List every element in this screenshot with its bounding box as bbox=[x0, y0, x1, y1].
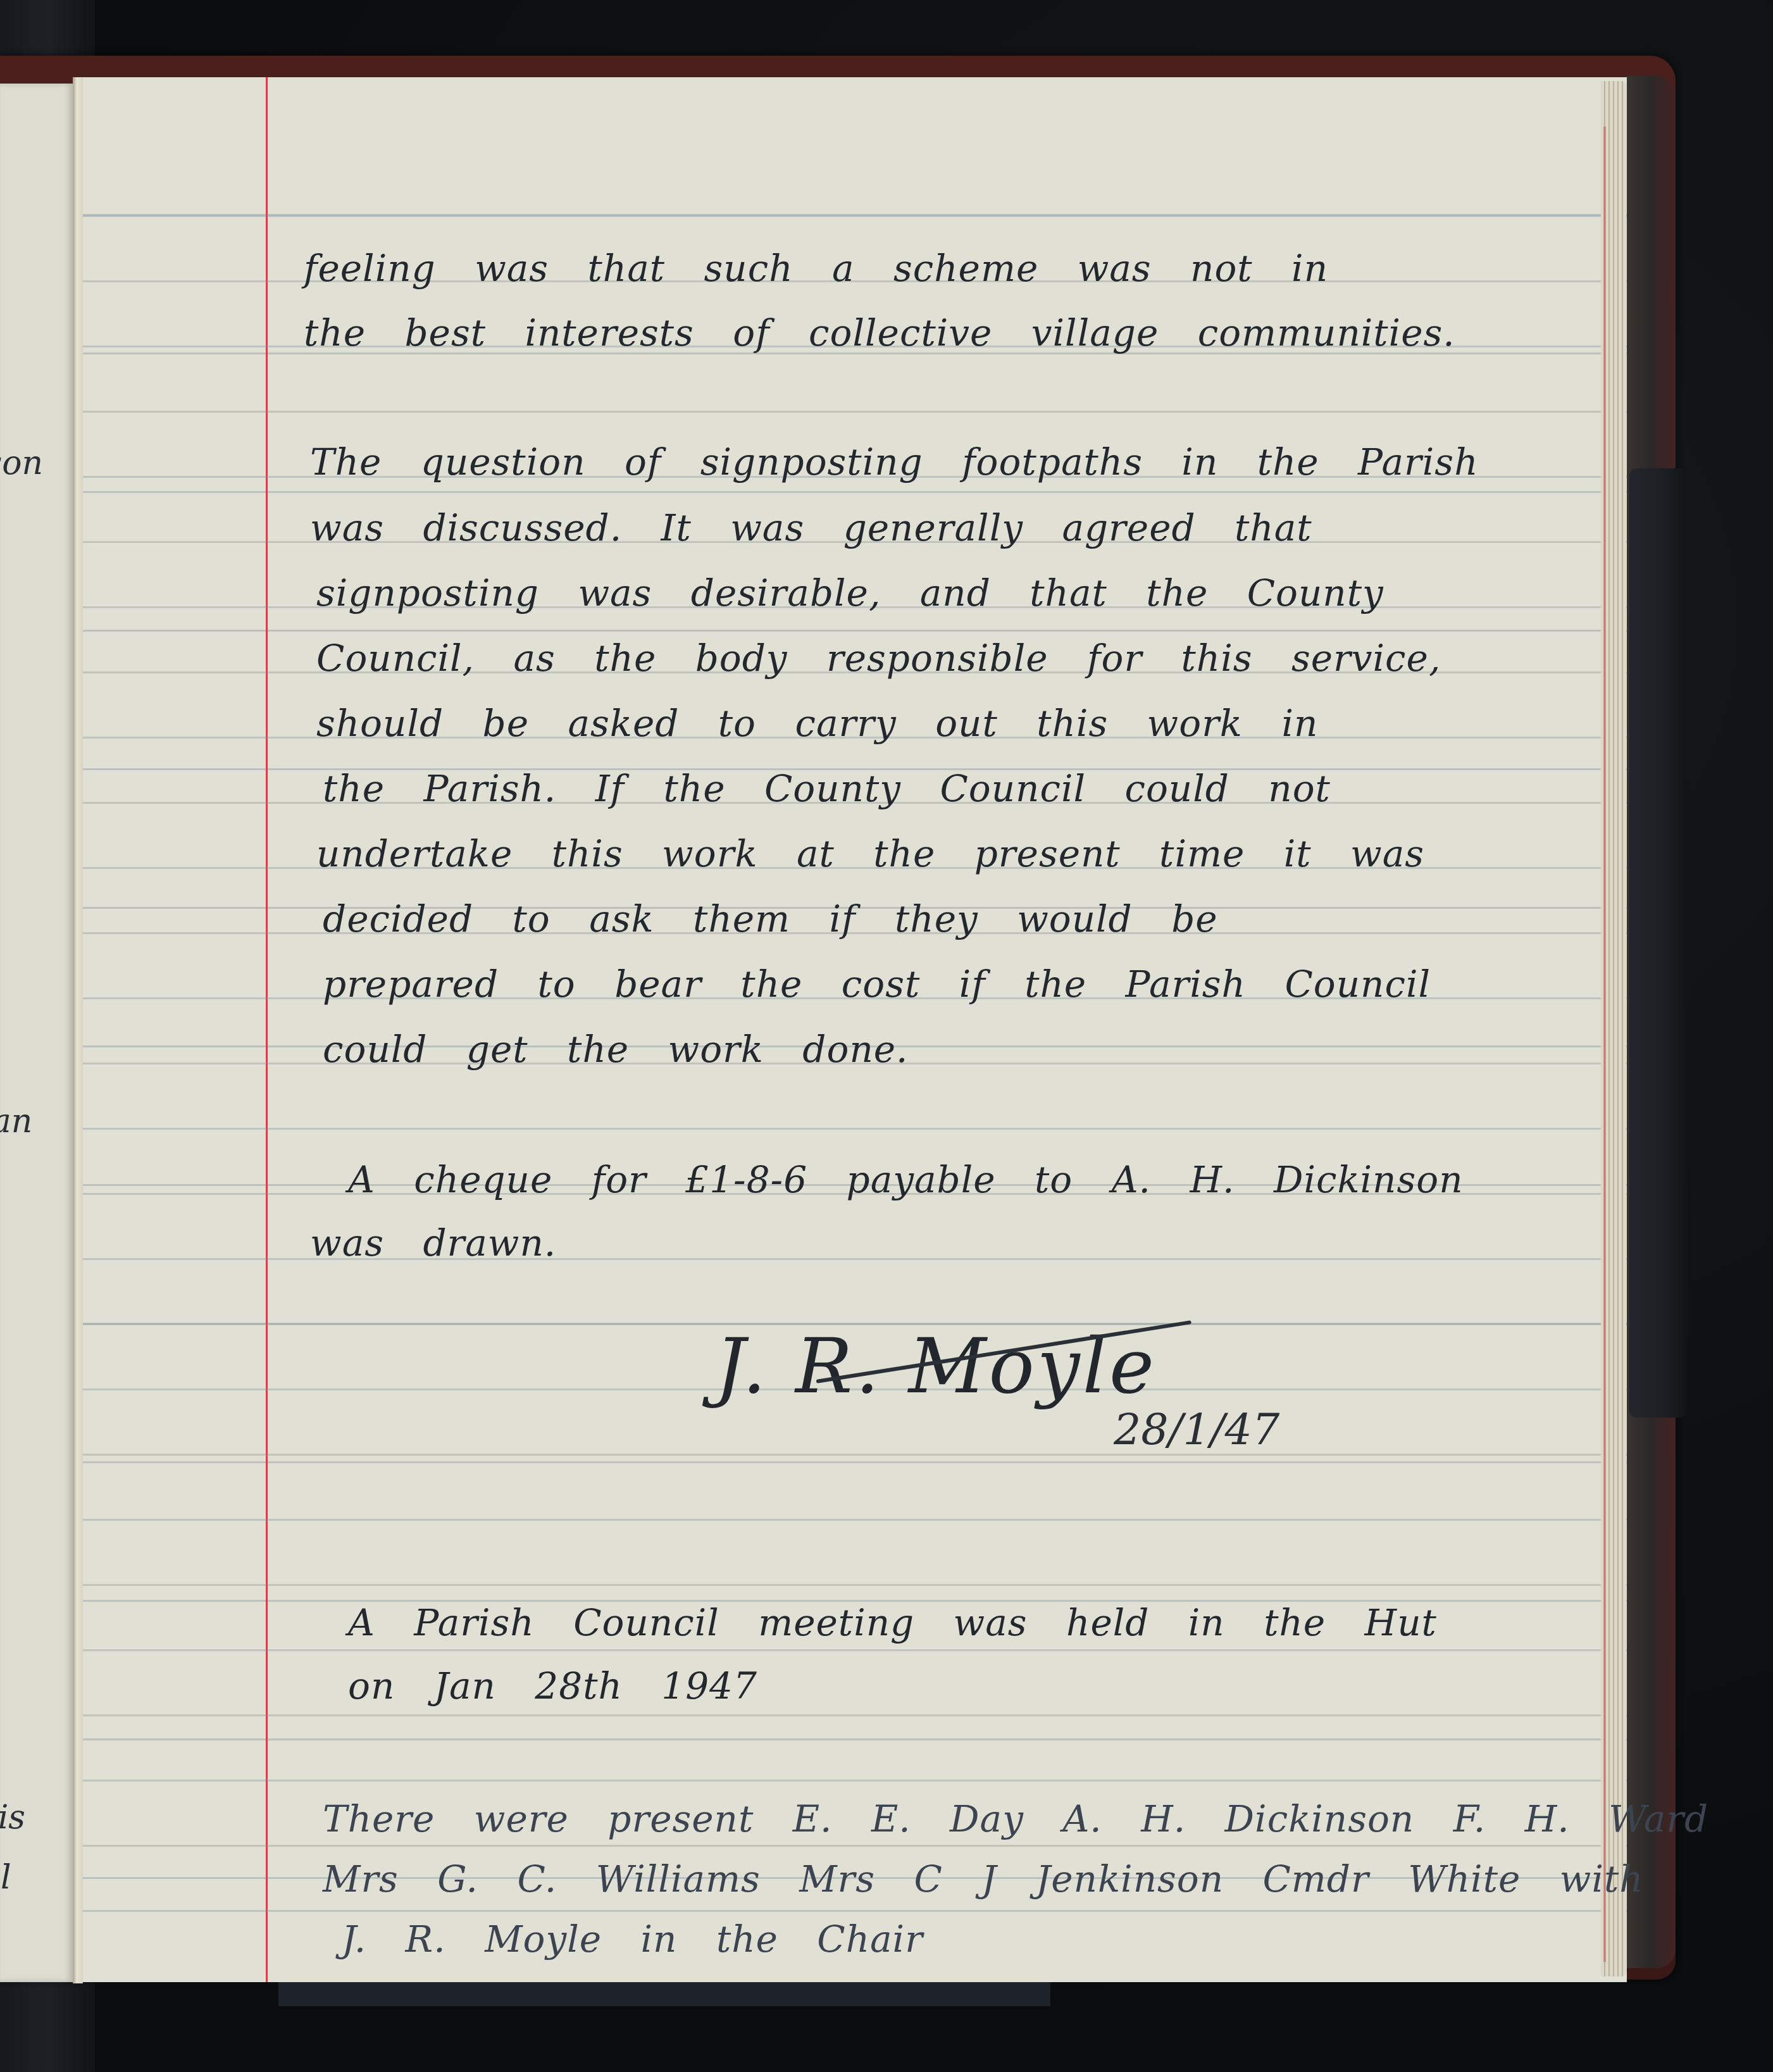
ruling-line bbox=[83, 1649, 1627, 1651]
red-edge-rule bbox=[1603, 127, 1606, 1962]
handwritten-line: Mrs G. C. Williams Mrs C J Jenkinson Cmd… bbox=[323, 1857, 1644, 1900]
handwritten-line: could get the work done. bbox=[323, 1028, 909, 1071]
page-gutter bbox=[73, 77, 83, 1983]
left-page-fragment: l. bbox=[0, 1159, 2, 1197]
ruling-line bbox=[83, 1519, 1627, 1521]
handwritten-line: A Parish Council meeting was held in the… bbox=[348, 1601, 1437, 1644]
torn-cloth-binding bbox=[1629, 468, 1686, 1418]
handwritten-line: the best interests of collective village… bbox=[304, 311, 1455, 354]
handwritten-line: The question of signposting footpaths in… bbox=[310, 440, 1479, 484]
ruling-line bbox=[83, 1780, 1627, 1782]
signature-date: 28/1/47 bbox=[1114, 1405, 1279, 1455]
left-page-fragment: lis bbox=[0, 1799, 25, 1837]
handwritten-line: undertake this work at the present time … bbox=[316, 832, 1424, 875]
left-facing-page: ison lan l. lis al bbox=[0, 84, 73, 1982]
left-page-fragment: lan bbox=[0, 1102, 32, 1140]
handwritten-line: was drawn. bbox=[310, 1221, 556, 1264]
handwritten-line: decided to ask them if they would be bbox=[323, 897, 1218, 940]
handwritten-line: feeling was that such a scheme was not i… bbox=[304, 247, 1328, 290]
handwritten-line: signposting was desirable, and that the … bbox=[316, 571, 1384, 615]
handwritten-line: was discussed. It was generally agreed t… bbox=[310, 506, 1312, 549]
red-margin-rule bbox=[266, 77, 268, 1982]
ruling-line bbox=[83, 1714, 1627, 1716]
handwritten-line: J. R. Moyle in the Chair bbox=[342, 1918, 923, 1961]
ruling-line bbox=[83, 411, 1627, 413]
ruling-line bbox=[83, 1128, 1627, 1130]
handwritten-line: should be asked to carry out this work i… bbox=[316, 702, 1318, 745]
ruling-line bbox=[83, 1584, 1627, 1586]
handwritten-line: A cheque for £1-8-6 payable to A. H. Dic… bbox=[348, 1158, 1464, 1201]
handwritten-line: Council, as the body responsible for thi… bbox=[316, 637, 1441, 680]
handwritten-line: on Jan 28th 1947 bbox=[348, 1664, 757, 1707]
ruling-line bbox=[83, 1910, 1627, 1912]
handwritten-line: There were present E. E. Day A. H. Dicki… bbox=[323, 1797, 1708, 1840]
ruling-line bbox=[83, 1454, 1627, 1456]
left-page-fragment: ison bbox=[0, 444, 43, 482]
handwritten-line: prepared to bear the cost if the Parish … bbox=[323, 963, 1431, 1006]
ruling-line bbox=[83, 1845, 1627, 1847]
ruling-line bbox=[83, 215, 1627, 217]
handwritten-line: the Parish. If the County Council could … bbox=[323, 767, 1331, 810]
left-page-fragment: al bbox=[0, 1859, 11, 1897]
